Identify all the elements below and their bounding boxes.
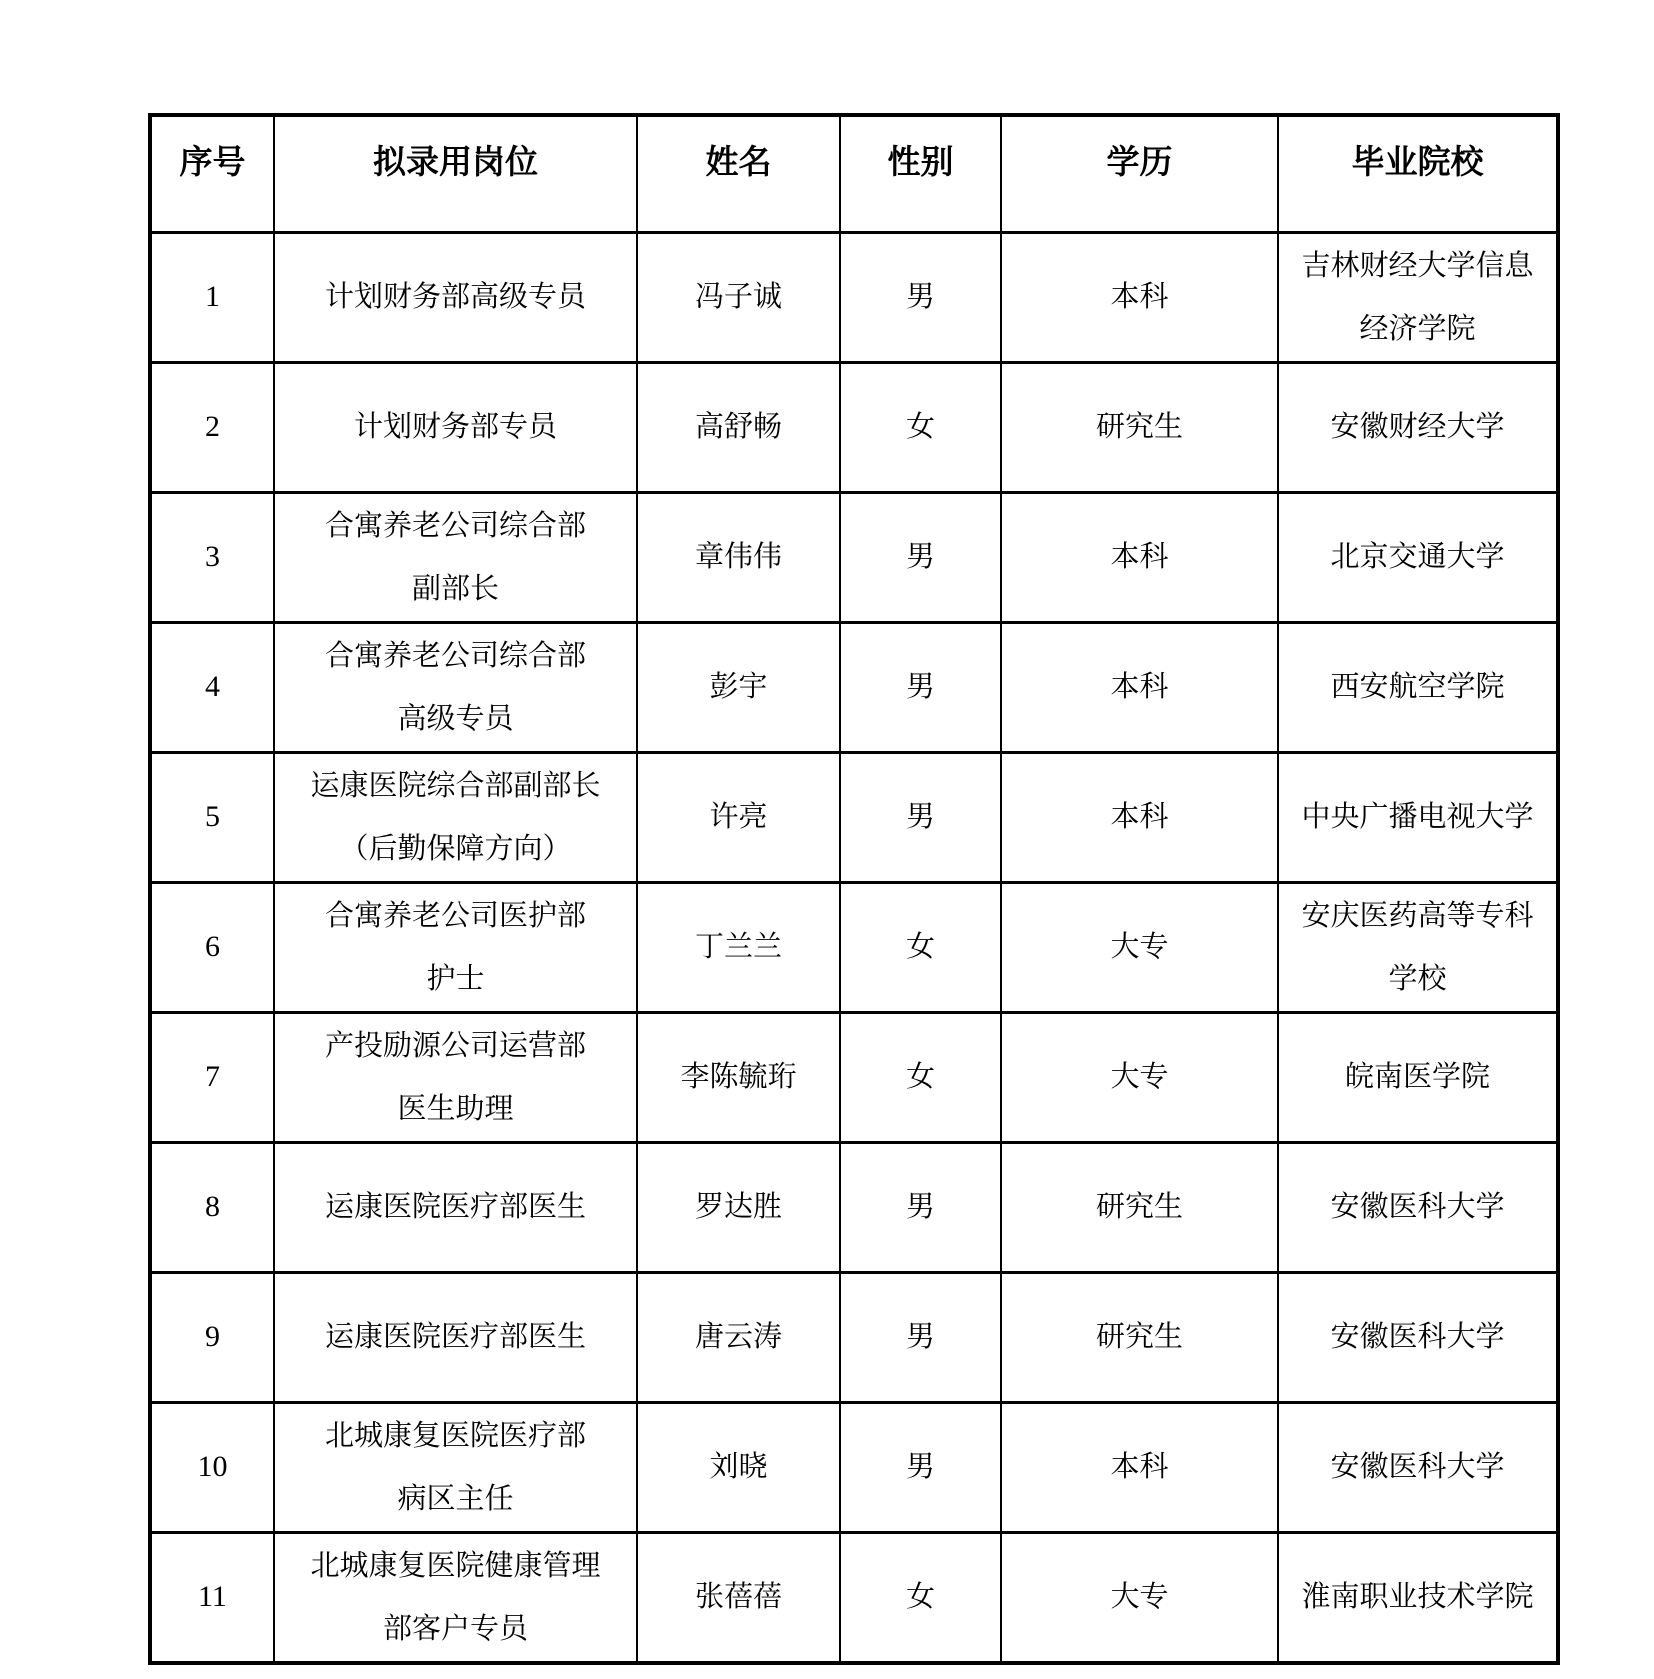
cell-index: 4	[150, 623, 274, 753]
cell-name: 张蓓蓓	[637, 1533, 840, 1664]
cell-index: 6	[150, 883, 274, 1013]
cell-gender: 男	[840, 493, 1001, 623]
cell-education: 大专	[1001, 883, 1278, 1013]
cell-gender: 男	[840, 1403, 1001, 1533]
cell-school: 安徽医科大学	[1278, 1143, 1558, 1273]
cell-index: 9	[150, 1273, 274, 1403]
cell-education: 本科	[1001, 493, 1278, 623]
header-name: 姓名	[637, 115, 840, 233]
cell-gender: 男	[840, 623, 1001, 753]
table-row: 10 北城康复医院医疗部 病区主任 刘晓 男 本科 安徽医科大学	[150, 1403, 1558, 1533]
cell-gender: 男	[840, 1143, 1001, 1273]
cell-index: 8	[150, 1143, 274, 1273]
document-page: 序号 拟录用岗位 姓名 性别 学历 毕业院校 1 计划财务部高级专员 冯子诚 男…	[0, 0, 1654, 1679]
table-row: 6 合寓养老公司医护部 护士 丁兰兰 女 大专 安庆医药高等专科 学校	[150, 883, 1558, 1013]
cell-position: 运康医院医疗部医生	[274, 1273, 637, 1403]
cell-index: 11	[150, 1533, 274, 1664]
cell-index: 2	[150, 363, 274, 493]
header-gender: 性别	[840, 115, 1001, 233]
cell-gender: 女	[840, 883, 1001, 1013]
cell-school: 安徽医科大学	[1278, 1273, 1558, 1403]
table-header-row: 序号 拟录用岗位 姓名 性别 学历 毕业院校	[150, 115, 1558, 233]
header-position: 拟录用岗位	[274, 115, 637, 233]
cell-index: 7	[150, 1013, 274, 1143]
cell-gender: 男	[840, 753, 1001, 883]
cell-gender: 男	[840, 1273, 1001, 1403]
cell-gender: 女	[840, 1013, 1001, 1143]
cell-position: 计划财务部专员	[274, 363, 637, 493]
cell-position: 合寓养老公司综合部 高级专员	[274, 623, 637, 753]
cell-position: 北城康复医院健康管理 部客户专员	[274, 1533, 637, 1664]
table-row: 3 合寓养老公司综合部 副部长 章伟伟 男 本科 北京交通大学	[150, 493, 1558, 623]
cell-name: 李陈毓珩	[637, 1013, 840, 1143]
cell-education: 本科	[1001, 233, 1278, 363]
header-index: 序号	[150, 115, 274, 233]
cell-name: 冯子诚	[637, 233, 840, 363]
cell-school: 中央广播电视大学	[1278, 753, 1558, 883]
cell-school: 皖南医学院	[1278, 1013, 1558, 1143]
table-row: 11 北城康复医院健康管理 部客户专员 张蓓蓓 女 大专 淮南职业技术学院	[150, 1533, 1558, 1664]
cell-school: 安庆医药高等专科 学校	[1278, 883, 1558, 1013]
header-school: 毕业院校	[1278, 115, 1558, 233]
cell-education: 研究生	[1001, 1143, 1278, 1273]
table-row: 4 合寓养老公司综合部 高级专员 彭宇 男 本科 西安航空学院	[150, 623, 1558, 753]
cell-position: 合寓养老公司综合部 副部长	[274, 493, 637, 623]
cell-index: 10	[150, 1403, 274, 1533]
table-row: 5 运康医院综合部副部长 （后勤保障方向） 许亮 男 本科 中央广播电视大学	[150, 753, 1558, 883]
table-row: 9 运康医院医疗部医生 唐云涛 男 研究生 安徽医科大学	[150, 1273, 1558, 1403]
cell-name: 章伟伟	[637, 493, 840, 623]
cell-education: 研究生	[1001, 363, 1278, 493]
cell-position: 计划财务部高级专员	[274, 233, 637, 363]
cell-position: 运康医院综合部副部长 （后勤保障方向）	[274, 753, 637, 883]
cell-name: 高舒畅	[637, 363, 840, 493]
table-row: 1 计划财务部高级专员 冯子诚 男 本科 吉林财经大学信息 经济学院	[150, 233, 1558, 363]
cell-school: 西安航空学院	[1278, 623, 1558, 753]
cell-name: 丁兰兰	[637, 883, 840, 1013]
cell-school: 北京交通大学	[1278, 493, 1558, 623]
cell-position: 合寓养老公司医护部 护士	[274, 883, 637, 1013]
cell-name: 唐云涛	[637, 1273, 840, 1403]
cell-education: 本科	[1001, 1403, 1278, 1533]
cell-position: 北城康复医院医疗部 病区主任	[274, 1403, 637, 1533]
cell-education: 本科	[1001, 753, 1278, 883]
cell-education: 大专	[1001, 1013, 1278, 1143]
cell-school: 安徽财经大学	[1278, 363, 1558, 493]
cell-name: 罗达胜	[637, 1143, 840, 1273]
cell-index: 1	[150, 233, 274, 363]
cell-gender: 女	[840, 1533, 1001, 1664]
cell-index: 3	[150, 493, 274, 623]
cell-gender: 女	[840, 363, 1001, 493]
cell-school: 吉林财经大学信息 经济学院	[1278, 233, 1558, 363]
cell-position: 运康医院医疗部医生	[274, 1143, 637, 1273]
cell-education: 研究生	[1001, 1273, 1278, 1403]
cell-index: 5	[150, 753, 274, 883]
table-row: 2 计划财务部专员 高舒畅 女 研究生 安徽财经大学	[150, 363, 1558, 493]
hiring-roster-table: 序号 拟录用岗位 姓名 性别 学历 毕业院校 1 计划财务部高级专员 冯子诚 男…	[148, 113, 1560, 1665]
cell-position: 产投励源公司运营部 医生助理	[274, 1013, 637, 1143]
header-education: 学历	[1001, 115, 1278, 233]
cell-name: 许亮	[637, 753, 840, 883]
cell-gender: 男	[840, 233, 1001, 363]
cell-school: 淮南职业技术学院	[1278, 1533, 1558, 1664]
table-row: 7 产投励源公司运营部 医生助理 李陈毓珩 女 大专 皖南医学院	[150, 1013, 1558, 1143]
cell-name: 彭宇	[637, 623, 840, 753]
cell-education: 本科	[1001, 623, 1278, 753]
cell-school: 安徽医科大学	[1278, 1403, 1558, 1533]
cell-education: 大专	[1001, 1533, 1278, 1664]
table-row: 8 运康医院医疗部医生 罗达胜 男 研究生 安徽医科大学	[150, 1143, 1558, 1273]
cell-name: 刘晓	[637, 1403, 840, 1533]
